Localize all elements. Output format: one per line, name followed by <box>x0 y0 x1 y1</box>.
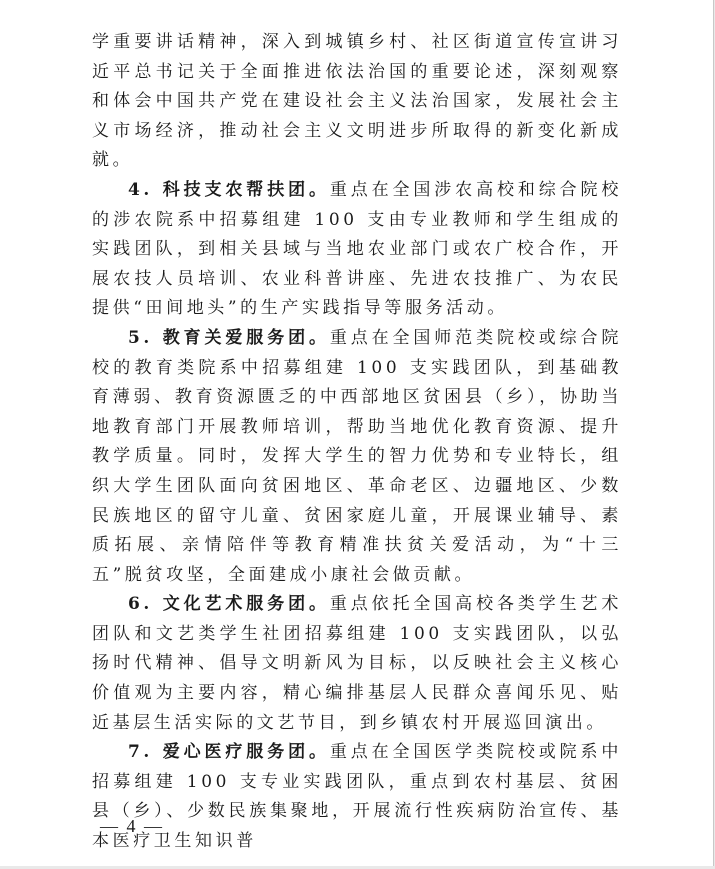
paragraph-item-4: 4. 科技支农帮扶团。重点在全国涉农高校和综合院校的涉农院系中招募组建 100 … <box>92 176 622 324</box>
paragraph-item-5: 5. 教育关爱服务团。重点在全国师范类院校或综合院校的教育类院系中招募组建 10… <box>92 324 622 590</box>
paragraph-text: 学重要讲话精神，深入到城镇乡村、社区街道宣传宣讲习近平总书记关于全面推进依法治国… <box>92 32 622 170</box>
paragraph-text: 重点在全国师范类院校或综合院校的教育类院系中招募组建 100 支实践团队，到基础… <box>92 328 622 585</box>
page-number: — 4 — <box>100 816 164 837</box>
paragraph-continuation: 学重要讲话精神，深入到城镇乡村、社区街道宣传宣讲习近平总书记关于全面推进依法治国… <box>92 28 622 176</box>
paragraph-heading: 5. 教育关爱服务团。 <box>128 328 330 348</box>
document-page: 学重要讲话精神，深入到城镇乡村、社区街道宣传宣讲习近平总书记关于全面推进依法治国… <box>0 0 714 866</box>
paragraph-text: 重点在全国涉农高校和综合院校的涉农院系中招募组建 100 支由专业教师和学生组成… <box>92 180 622 318</box>
paragraph-item-7: 7. 爱心医疗服务团。重点在全国医学类院校或院系中招募组建 100 支专业实践团… <box>92 738 622 856</box>
paragraph-heading: 6. 文化艺术服务团。 <box>128 594 330 614</box>
document-body: 学重要讲话精神，深入到城镇乡村、社区街道宣传宣讲习近平总书记关于全面推进依法治国… <box>92 28 622 857</box>
paragraph-heading: 7. 爱心医疗服务团。 <box>128 742 330 762</box>
paragraph-item-6: 6. 文化艺术服务团。重点依托全国高校各类学生艺术团队和文艺类学生社团招募组建 … <box>92 590 622 738</box>
paragraph-text: 重点依托全国高校各类学生艺术团队和文艺类学生社团招募组建 100 支实践团队，以… <box>92 594 622 732</box>
paragraph-heading: 4. 科技支农帮扶团。 <box>128 180 330 200</box>
